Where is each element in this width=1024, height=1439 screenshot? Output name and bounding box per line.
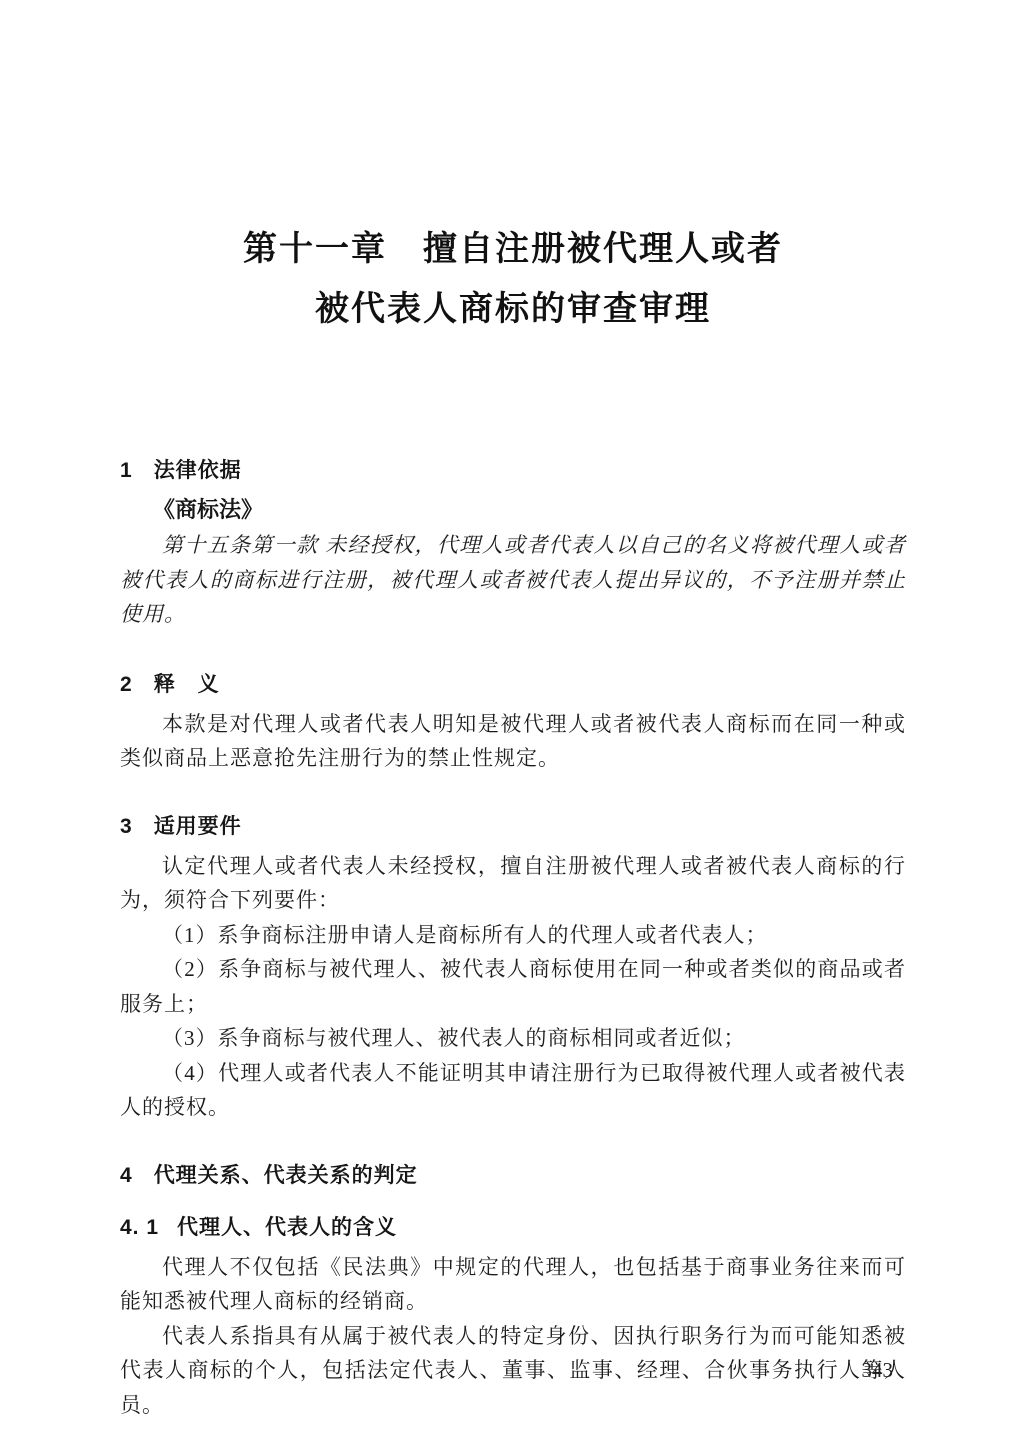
requirement-item-4: （4）代理人或者代表人不能证明其申请注册行为已取得被代理人或者被代表人的授权。 [120,1056,906,1125]
section-4-number: 4 [120,1161,133,1191]
section-4-title: 代理关系、代表关系的判定 [154,1164,418,1187]
section-agency-relationship: 4代理关系、代表关系的判定 4. 1代理人、代表人的含义 代理人不仅包括《民法典… [120,1161,906,1423]
section-applicable-requirements: 3适用要件 认定代理人或者代表人未经授权，擅自注册被代理人或者被代表人商标的行为… [120,812,906,1125]
section-3-number: 3 [120,812,133,842]
section-3-title: 适用要件 [154,815,242,838]
document-page: 第十一章 擅自注册被代理人或者 被代表人商标的审查审理 1法律依据 《商标法》 … [0,0,1024,1439]
section-1-number: 1 [120,456,133,486]
section-2-title: 释 义 [154,673,220,696]
subsection-4-1-paragraph-2: 代表人系指具有从属于被代表人的特定身份、因执行职务行为而可能知悉被代表人商标的个… [120,1319,906,1423]
section-legal-basis: 1法律依据 《商标法》 第十五条第一款 未经授权，代理人或者代表人以自己的名义将… [120,456,906,632]
chapter-title: 第十一章 擅自注册被代理人或者 被代表人商标的审查审理 [120,0,906,340]
law-name: 《商标法》 [120,492,906,528]
section-1-title: 法律依据 [154,459,242,482]
section-2-paragraph: 本款是对代理人或者代表人明知是被代理人或者被代表人商标而在同一种或类似商品上恶意… [120,707,906,776]
requirement-item-1: （1）系争商标注册申请人是商标所有人的代理人或者代表人； [120,918,906,953]
requirement-item-3: （3）系争商标与被代理人、被代表人的商标相同或者近似； [120,1021,906,1056]
page-number: 343 [862,1358,894,1383]
section-interpretation: 2释 义 本款是对代理人或者代表人明知是被代理人或者被代表人商标而在同一种或类似… [120,670,906,776]
subsection-4-1-number: 4. 1 [120,1213,159,1243]
section-3-intro: 认定代理人或者代表人未经授权，擅自注册被代理人或者被代表人商标的行为，须符合下列… [120,849,906,918]
statute-quote: 第十五条第一款 未经授权，代理人或者代表人以自己的名义将被代理人或者被代表人的商… [120,528,906,632]
subsection-4-1-title: 代理人、代表人的含义 [177,1216,397,1239]
requirement-item-2: （2）系争商标与被代理人、被代表人商标使用在同一种或者类似的商品或者服务上； [120,952,906,1021]
section-1-heading: 1法律依据 [120,456,906,486]
section-2-heading: 2释 义 [120,670,906,700]
section-2-number: 2 [120,670,133,700]
chapter-title-line-2: 被代表人商标的审查审理 [120,280,906,340]
section-3-heading: 3适用要件 [120,812,906,842]
chapter-title-line-1: 第十一章 擅自注册被代理人或者 [120,220,906,280]
subsection-4-1-heading: 4. 1代理人、代表人的含义 [120,1213,906,1243]
section-4-heading: 4代理关系、代表关系的判定 [120,1161,906,1191]
subsection-4-1-paragraph-1: 代理人不仅包括《民法典》中规定的代理人，也包括基于商事业务往来而可能知悉被代理人… [120,1250,906,1319]
